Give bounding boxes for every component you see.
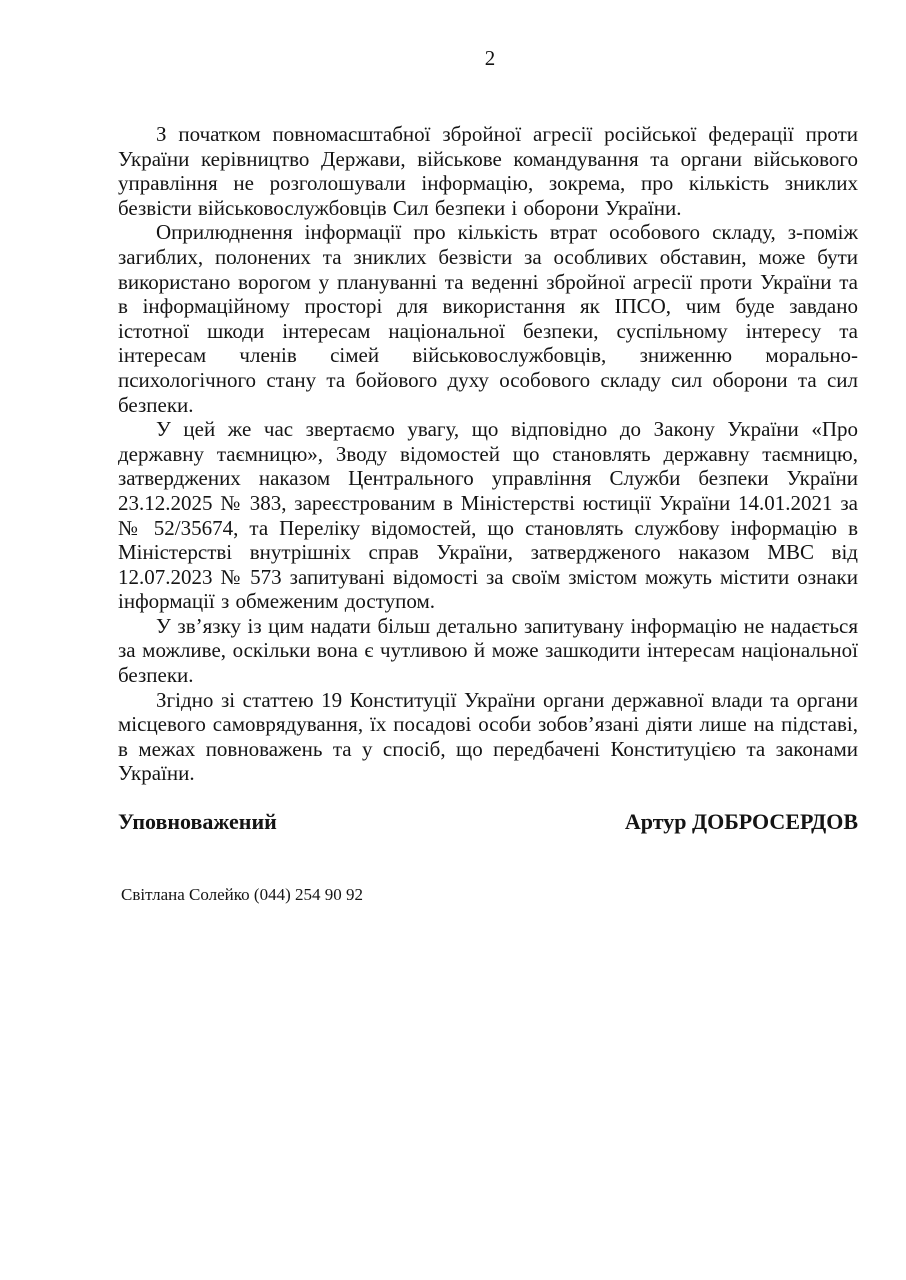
contact-person-line: Світлана Солейко (044) 254 90 92 xyxy=(121,884,363,905)
page-number: 2 xyxy=(118,46,862,71)
paragraph-3: У цей же час звертаємо увагу, що відпові… xyxy=(118,417,858,614)
paragraph-5: Згідно зі статтею 19 Конституції України… xyxy=(118,688,858,786)
document-body: З початком повномасштабної збройної агре… xyxy=(118,122,858,786)
signature-row: Уповноважений Артур ДОБРОСЕРДОВ xyxy=(118,809,858,834)
signatory-title: Уповноважений xyxy=(118,809,277,834)
document-page: 2 З початком повномасштабної збройної аг… xyxy=(0,0,906,1280)
signatory-name: Артур ДОБРОСЕРДОВ xyxy=(625,809,858,834)
paragraph-1: З початком повномасштабної збройної агре… xyxy=(118,122,858,220)
paragraph-4: У зв’язку із цим надати більш детально з… xyxy=(118,614,858,688)
paragraph-2: Оприлюднення інформації про кількість вт… xyxy=(118,220,858,417)
